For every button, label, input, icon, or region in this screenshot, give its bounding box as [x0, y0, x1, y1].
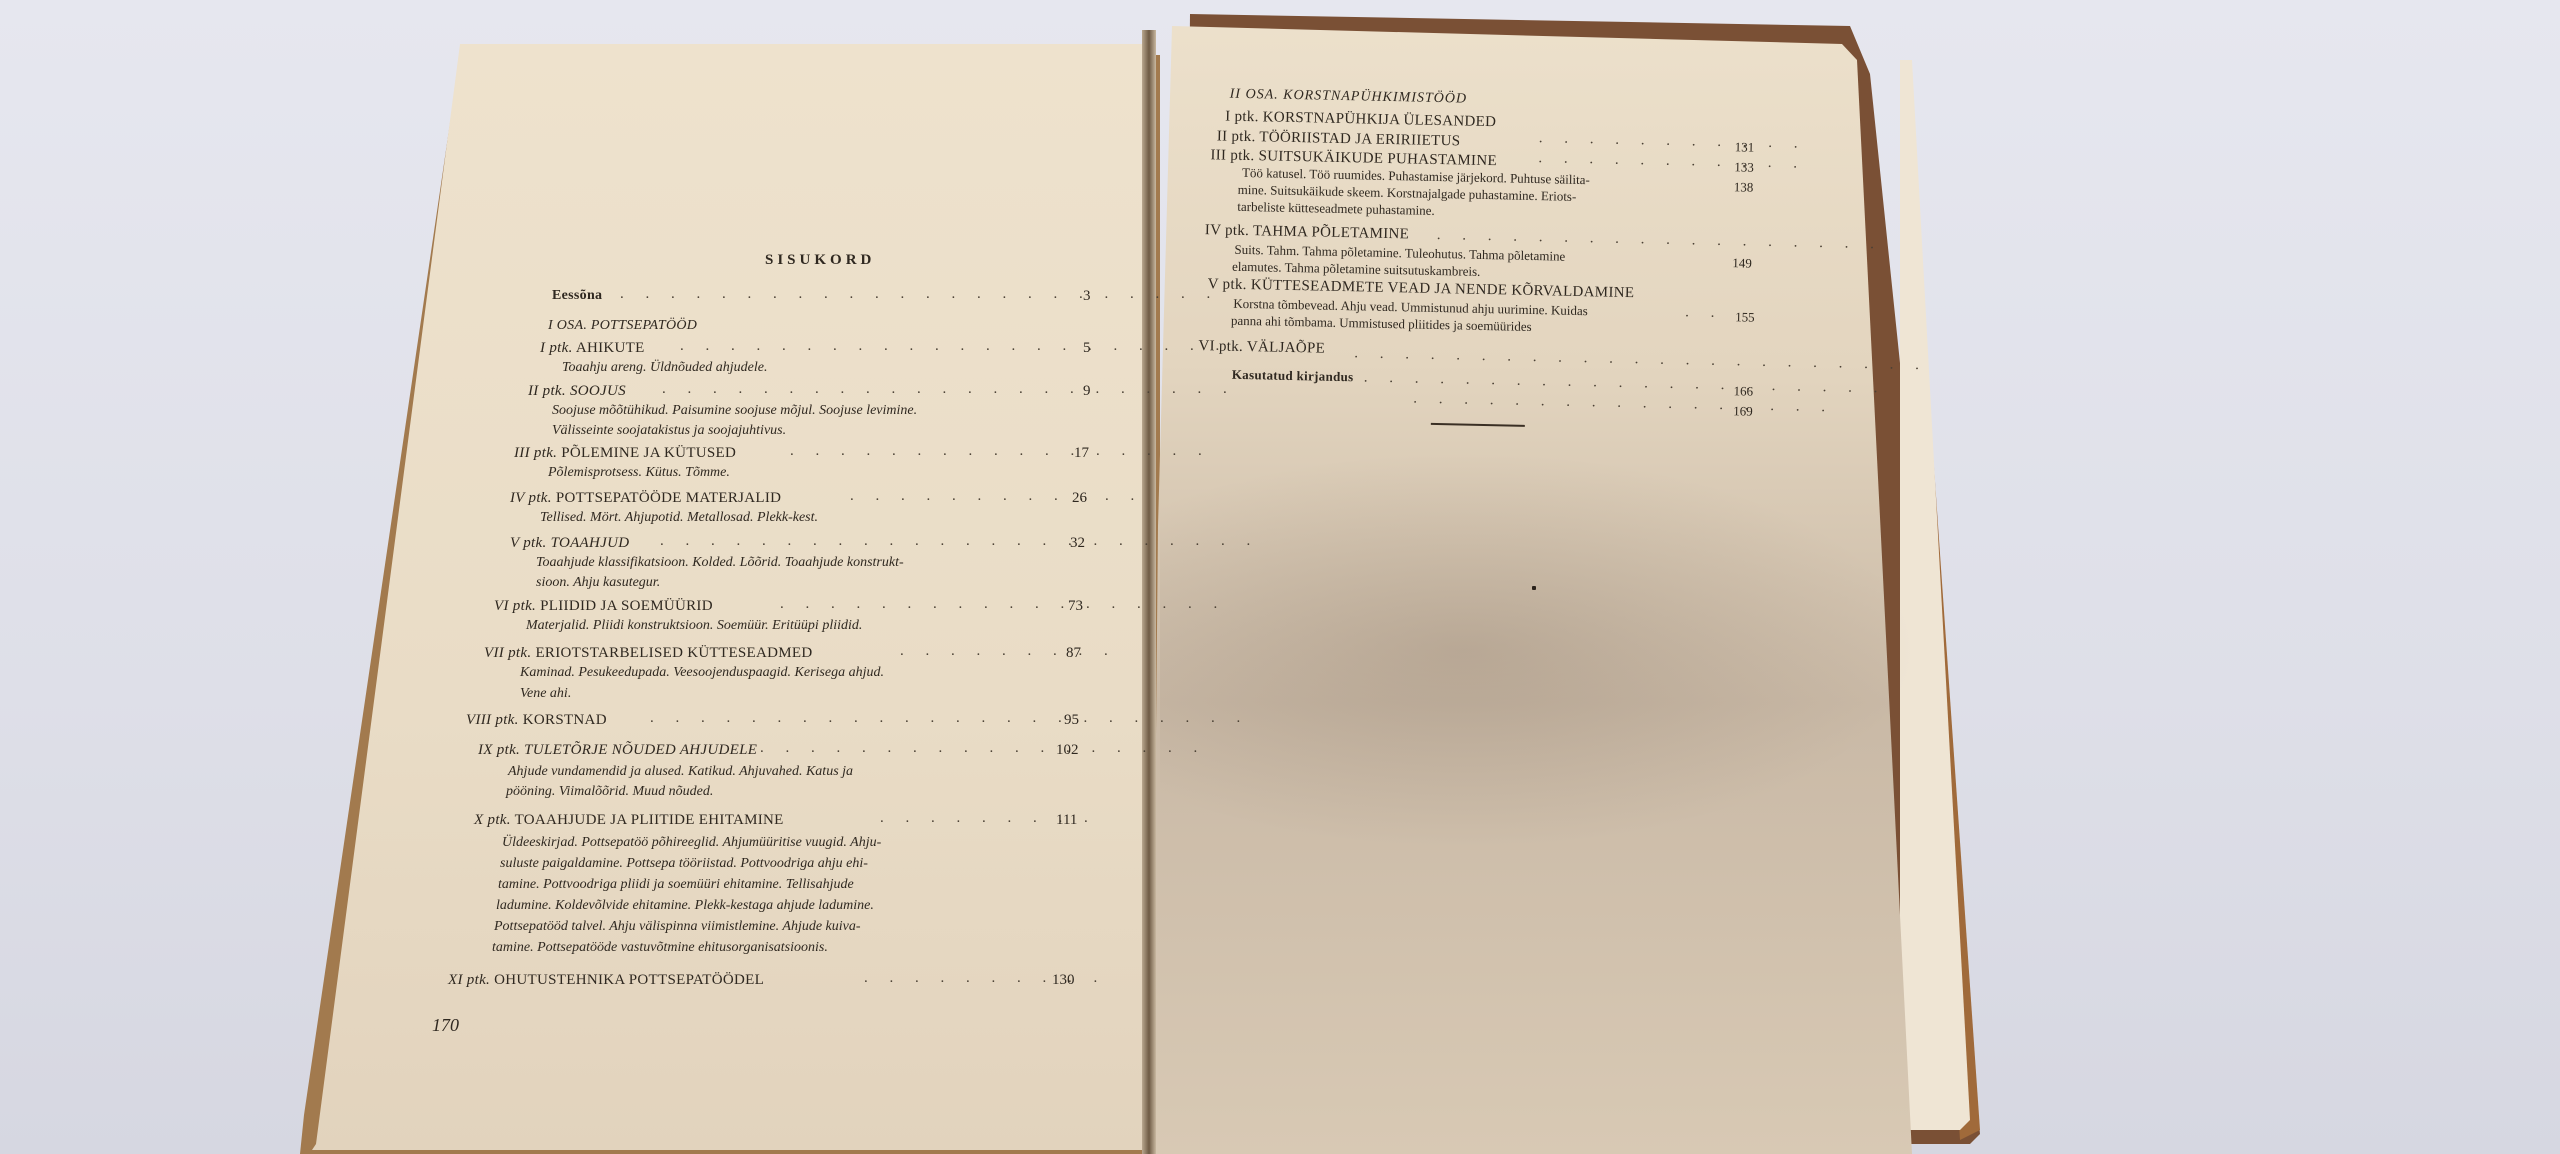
page-ref: 73 [1068, 598, 1083, 615]
page-ref: 149 [1732, 255, 1752, 271]
toc-entry: IX ptk. TULETÕRJE NÕUDED AHJUDELE [478, 742, 757, 759]
chapter-desc: Toaahjude klassifikatsioon. Kolded. Lõõr… [536, 552, 904, 573]
chapter-desc: pööning. Viimalõõrid. Muud nõuded. [506, 781, 713, 802]
page-ref: 102 [1056, 742, 1079, 759]
leader-dots: . . . . . . . . . . . . . . . . . . . . … [662, 381, 1236, 398]
chapter-desc: ladumine. Koldevõlvide ehitamine. Plekk-… [496, 895, 874, 916]
page-ref: 138 [1734, 179, 1754, 195]
toc-entry: II ptk. SOOJUS [528, 383, 626, 400]
chapter-desc: Ahjude vundamendid ja alused. Katikud. A… [508, 761, 853, 782]
toc-entry: III ptk. PÕLEMINE JA KÜTUSED [514, 445, 736, 462]
chapter-desc: suluste paigaldamine. Pottsepa tööriista… [500, 853, 868, 874]
page-ref: 133 [1734, 159, 1754, 175]
page-ref: 87 [1066, 645, 1081, 662]
shadow [1160, 450, 1920, 850]
toc-entry: X ptk. TOAAHJUDE JA PLIITIDE EHITAMINE [474, 812, 784, 829]
page-ref: 130 [1052, 972, 1075, 989]
chapter-desc: Materjalid. Pliidi konstruktsioon. Soemü… [526, 615, 862, 636]
chapter-desc: Tellised. Mört. Ahjupotid. Metallosad. P… [540, 507, 818, 528]
page-ref: 3 [1083, 288, 1091, 305]
open-book: SISUKORD Eessõna . . . . . . . . . . . .… [0, 0, 2560, 1154]
page-ref: 9 [1083, 383, 1091, 400]
toc-entry-bibliography: Kasutatud kirjandus [1232, 367, 1354, 386]
chapter-desc: Välisseinte soojatakistus ja soojajuhtiv… [552, 420, 786, 441]
leader-dots: . . . . . . . . . . . . . . . . . . [760, 740, 1206, 757]
toc-entry-preface: Eessõna [552, 288, 602, 304]
toc-entry: XI ptk. OHUTUSTEHNIKA POTTSEPATÖÖDEL [448, 972, 764, 989]
page-ref: 5 [1083, 340, 1091, 357]
leader-dots: . . . . . . . . . . . . . . . . . . . . … [620, 286, 1219, 303]
book-spine-gutter [1142, 30, 1156, 1154]
page-ref: 131 [1735, 139, 1755, 155]
chapter-desc: Vene ahi. [520, 683, 571, 704]
leader-dots: . . . . . . . . . . . . . . . . . . . . … [650, 710, 1249, 727]
page-ref: 111 [1056, 812, 1077, 829]
part-title: I OSA. POTTSEPATÖÖD [548, 318, 697, 334]
page-ref: 155 [1735, 309, 1755, 325]
chapter-desc: tamine. Pottvoodriga pliidi ja soemüüri … [498, 874, 854, 895]
leader-dots: . . . . . . . . . [900, 643, 1117, 660]
leader-dots: . . . . . . . . . . . . . . . . . . [780, 596, 1226, 613]
toc-title: SISUKORD [765, 252, 875, 269]
chapter-desc: Üldeeskirjad. Pottsepatöö põhireeglid. A… [502, 832, 881, 853]
leader-dots: . . . . . . . . . . . . [850, 488, 1143, 505]
chapter-desc: Toaahju areng. Üldnõuded ahjudele. [562, 357, 767, 378]
toc-entry: VII ptk. ERIOTSTARBELISED KÜTTESEADMED [484, 645, 813, 662]
leader-dots: . . . . . . . . . . . . . . . . . [790, 443, 1211, 460]
leader-dots: . . . . . . . . . . . . . . . . . . . . … [680, 338, 1228, 355]
toc-entry: IV ptk. POTTSEPATÖÖDE MATERJALID [510, 490, 781, 507]
page-ref: 95 [1064, 712, 1079, 729]
leader-dots: . . . . . . . . . . . . . . . . . . . . … [660, 533, 1259, 550]
paper-speck [1532, 586, 1536, 590]
chapter-desc: sioon. Ahju kasutegur. [536, 572, 660, 593]
toc-entry: I ptk. AHIKUTE [540, 340, 645, 357]
leader-dots: . . [1685, 304, 1724, 322]
chapter-desc: Kaminad. Pesukeedupada. Veesoojenduspaag… [520, 662, 884, 683]
chapter-desc: Pottsepatööd talvel. Ahju välispinna vii… [494, 916, 861, 937]
toc-entry: VIII ptk. KORSTNAD [466, 712, 607, 729]
chapter-desc: Soojuse mõõtühikud. Paisumine soojuse mõ… [552, 400, 917, 421]
chapter-desc: Põlemisprotsess. Kütus. Tõmme. [548, 462, 730, 483]
page-ref: 26 [1072, 490, 1087, 507]
chapter-desc: tamine. Pottsepatööde vastuvõtmine ehitu… [492, 937, 828, 958]
toc-entry: V ptk. TOAAHJUD [510, 535, 629, 552]
page-ref: 17 [1074, 445, 1089, 462]
toc-entry: VI ptk. PLIIDID JA SOEMÜÜRID [494, 598, 713, 615]
page-ref: 32 [1070, 535, 1085, 552]
page-number: 170 [432, 1015, 459, 1036]
page-ref: 169 [1733, 403, 1753, 419]
toc-entry: VI ptk. VÄLJAÕPE [1198, 338, 1325, 358]
